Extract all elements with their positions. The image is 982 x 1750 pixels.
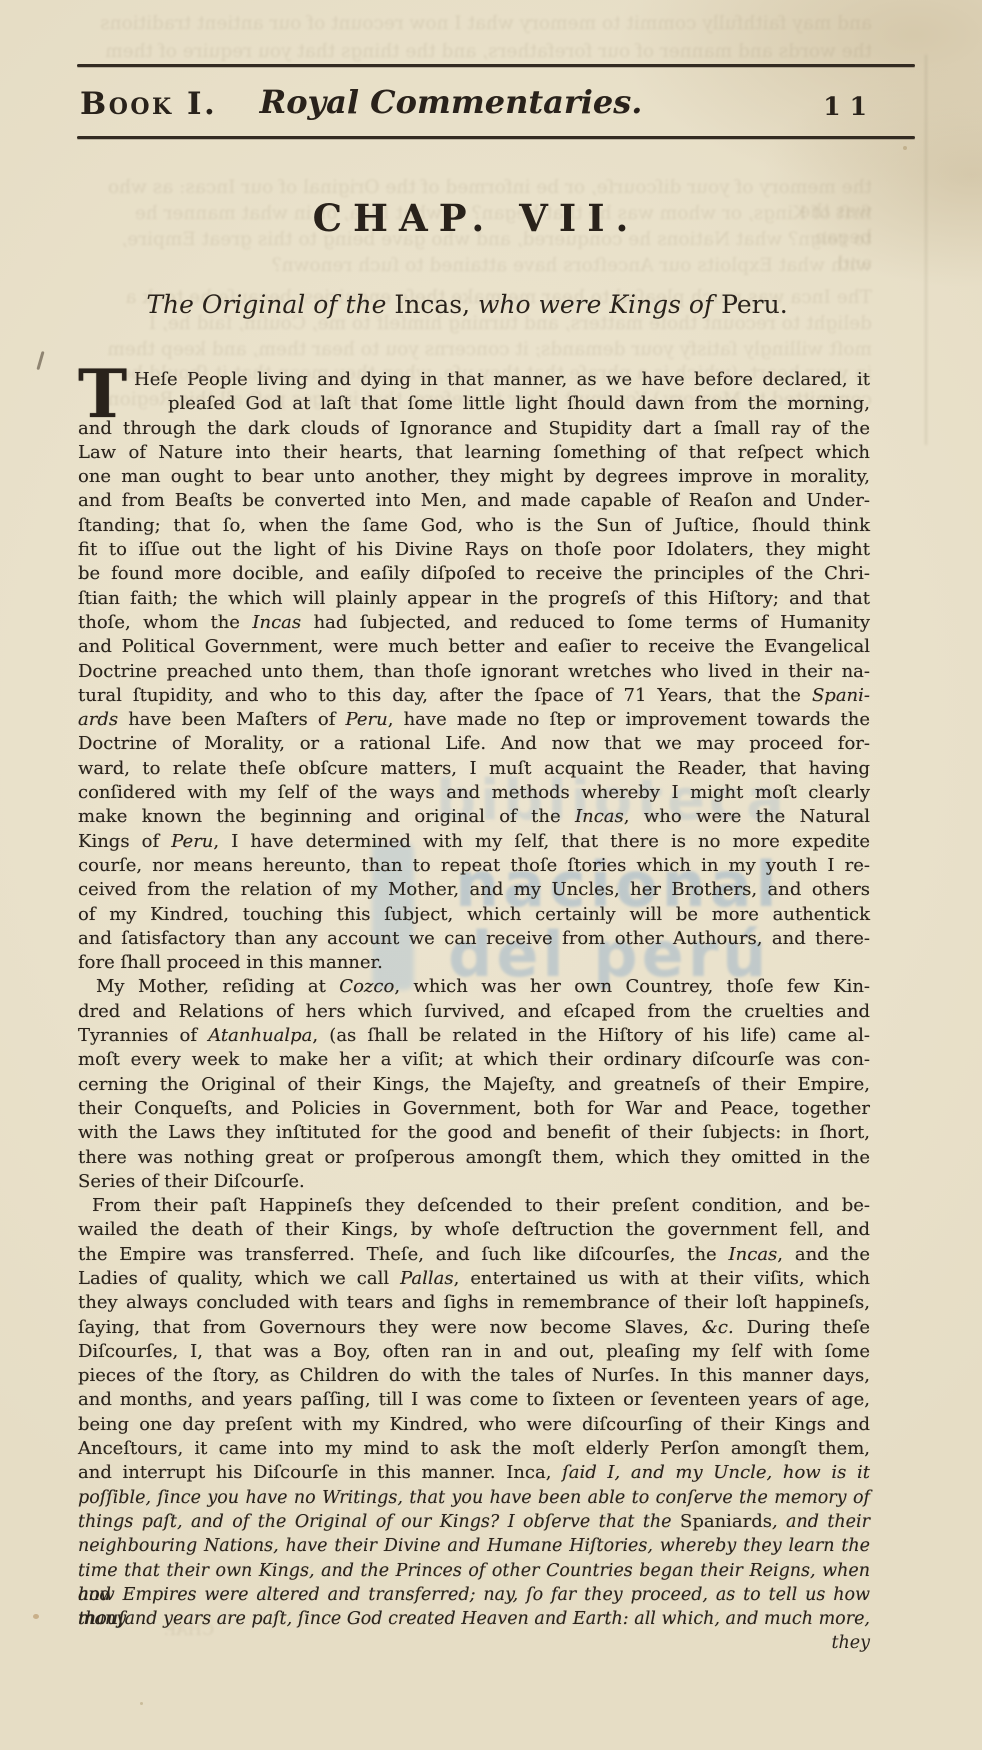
text-segment: dred and Relations of hers which ſurvive… xyxy=(78,1001,870,1022)
body-line: poſſible, ſince you have no Writings, th… xyxy=(78,1486,870,1510)
text-segment: with the Laws they inſtituted for the go… xyxy=(78,1122,870,1143)
body-line: and through the dark clouds of Ignorance… xyxy=(78,417,870,441)
text-segment: Incas xyxy=(575,806,624,827)
text-segment: Law of Nature into their hearts, that le… xyxy=(78,442,870,463)
text-segment: neighbouring Nations, have their Divine … xyxy=(78,1536,870,1556)
text-segment: they always concluded with tears and ſig… xyxy=(78,1292,870,1313)
body-line: they always concluded with tears and ſig… xyxy=(78,1291,870,1315)
body-line: with the Laws they inſtituted for the go… xyxy=(78,1121,870,1145)
body-line: Kings of Peru, I have determined with my… xyxy=(78,830,870,854)
text-segment: their Conqueſts, and Policies in Governm… xyxy=(78,1098,870,1119)
text-segment: Ladies of quality, which we call xyxy=(78,1268,400,1289)
body-line: Tyrannies of Atanhualpa, (as ſhall be re… xyxy=(78,1024,870,1048)
body-line: Diſcourſes, I, that was a Boy, often ran… xyxy=(78,1340,870,1364)
body-line: there was nothing great or proſperous am… xyxy=(78,1146,870,1170)
body-line: Anceſtours, it came into my mind to ask … xyxy=(78,1437,870,1461)
text-segment: Spaniards xyxy=(680,1511,772,1532)
text-segment: &c. xyxy=(702,1317,734,1338)
text-segment: conſidered with my ſelf of the ways and … xyxy=(78,782,870,803)
text-segment: ards xyxy=(78,709,118,730)
text-segment: Atanhualpa xyxy=(208,1025,312,1046)
text-segment: and through the dark clouds of Ignorance… xyxy=(78,418,870,439)
subtitle-segment: The Original of the xyxy=(146,290,394,319)
paper-crease xyxy=(925,55,927,445)
text-segment: tural ſtupidity, and who to this day, af… xyxy=(78,685,812,706)
body-line: moſt every week to make her a viſit; at … xyxy=(78,1048,870,1072)
text-segment: poſſible, ſince you have no Writings, th… xyxy=(78,1488,870,1508)
text-segment: of my Kindred, touching this ſubject, wh… xyxy=(78,904,870,925)
text-segment: Incas xyxy=(252,612,301,633)
text-segment: My Mother, reſiding at xyxy=(96,976,339,997)
body-line: courſe, nor means hereunto, than to repe… xyxy=(78,854,870,878)
text-segment: Peru xyxy=(346,709,388,730)
text-segment: and Political Government, were much bett… xyxy=(78,636,870,657)
body-line: cerning the Original of their Kings, the… xyxy=(78,1073,870,1097)
body-line: Series of their Diſcourſe. xyxy=(78,1170,870,1194)
book-page-scan: and may faithfully commit to memory what… xyxy=(0,0,982,1750)
text-segment: Incas xyxy=(729,1244,778,1265)
bleedthrough-line: with what Exploits our Anceſtors have at… xyxy=(82,254,872,278)
bleedthrough-line: moſt willingly ſatisfy your demands; it … xyxy=(82,338,872,362)
text-segment: ceived from the relation of my Mother, a… xyxy=(78,879,870,900)
text-segment: one man ought to bear unto another, they… xyxy=(78,466,870,487)
text-segment: , who were the Natural xyxy=(624,806,870,827)
body-line: dred and Relations of hers which ſurvive… xyxy=(78,1000,870,1024)
text-segment: , I have determined with my ſelf, that t… xyxy=(213,831,870,852)
body-line: ſtian faith; the which will plainly appe… xyxy=(78,587,870,611)
text-segment: , have made no ſtep or improvement towar… xyxy=(388,709,870,730)
text-segment: ſaying, that from Governours they were n… xyxy=(78,1317,702,1338)
text-segment: Doctrine of Morality, or a rational Life… xyxy=(78,733,870,754)
running-title: Royal Commentaries. xyxy=(160,83,742,121)
header-rule-bottom xyxy=(77,136,915,139)
body-line: ceived from the relation of my Mother, a… xyxy=(78,878,870,902)
text-segment: Anceſtours, it came into my mind to ask … xyxy=(78,1438,870,1459)
text-segment: thoſe, whom the xyxy=(78,612,252,633)
body-line: of my Kindred, touching this ſubject, wh… xyxy=(78,903,870,927)
text-segment: wailed the death of their Kings, by whoſ… xyxy=(78,1219,870,1240)
bleedthrough-line: the words and manner of our forefathers,… xyxy=(82,40,872,64)
body-line: ſaying, that from Governours they were n… xyxy=(78,1316,870,1340)
body-line: and ſatisfactory than any account we can… xyxy=(78,927,870,951)
body-line: how Empires were altered and transferred… xyxy=(78,1583,870,1607)
text-segment: Doctrine preached unto them, than thoſe … xyxy=(78,661,870,682)
body-line: things paſt, and of the Original of our … xyxy=(78,1510,870,1534)
body-line: Ladies of quality, which we call Pallas,… xyxy=(78,1267,870,1291)
paper-speck xyxy=(903,146,907,150)
text-segment: Heſe People living and dying in that man… xyxy=(134,369,870,390)
text-segment: courſe, nor means hereunto, than to repe… xyxy=(78,855,870,876)
text-segment: Tyrannies of xyxy=(78,1025,208,1046)
body-line: time that their own Kings, and the Princ… xyxy=(78,1559,870,1583)
body-line: be found more docible, and eaſily diſpoſ… xyxy=(78,562,870,586)
text-segment: Spani- xyxy=(812,685,870,706)
text-segment: Cozco xyxy=(339,976,394,997)
chapter-subtitle: The Original of the Incas, who were King… xyxy=(0,290,934,319)
body-line: one man ought to bear unto another, they… xyxy=(78,465,870,489)
text-segment: fit to iſſue out the light of his Divine… xyxy=(78,539,870,560)
body-line: neighbouring Nations, have their Divine … xyxy=(78,1534,870,1558)
text-segment: there was nothing great or proſperous am… xyxy=(78,1147,870,1168)
chapter-heading: CHAP. VII. xyxy=(0,196,952,240)
text-segment: , and the xyxy=(777,1244,870,1265)
bleedthrough-line: and may faithfully commit to memory what… xyxy=(82,12,872,36)
body-line: fit to iſſue out the light of his Divine… xyxy=(78,538,870,562)
text-segment: and ſatisfactory than any account we can… xyxy=(78,928,870,949)
body-line: Heſe People living and dying in that man… xyxy=(78,368,870,392)
text-segment: had ſubjected, and reduced to ſome terms… xyxy=(301,612,870,633)
body-line: being one day preſent with my Kindred, w… xyxy=(78,1413,870,1437)
text-segment: being one day preſent with my Kindred, w… xyxy=(78,1414,870,1435)
text-segment: thouſand years are paſt, ſince God creat… xyxy=(78,1609,870,1629)
text-segment: pieces of the ſtory, as Children do with… xyxy=(78,1365,870,1386)
body-line: My Mother, reſiding at Cozco, which was … xyxy=(78,975,870,999)
body-line: and Political Government, were much bett… xyxy=(78,635,870,659)
text-segment: things paſt, and of the Original of our … xyxy=(78,1512,680,1532)
body-line: the Empire was transferred. Theſe, and ſ… xyxy=(78,1243,870,1267)
text-segment: Diſcourſes, I, that was a Boy, often ran… xyxy=(78,1341,870,1362)
body-line: ward, to relate theſe obſcure matters, I… xyxy=(78,757,870,781)
page-number: 11 xyxy=(823,92,876,121)
body-text: T Heſe People living and dying in that m… xyxy=(78,368,870,1656)
body-line: pleaſed God at laſt that ſome little lig… xyxy=(78,392,870,416)
body-line: ards have been Maſters of Peru, have mad… xyxy=(78,708,870,732)
body-line: fore ſhall proceed in this manner. xyxy=(78,951,870,975)
text-segment: From their paſt Happineſs they deſcended… xyxy=(92,1195,870,1216)
body-line: their Conqueſts, and Policies in Governm… xyxy=(78,1097,870,1121)
text-segment: Peru xyxy=(171,831,213,852)
text-segment: be found more docible, and eaſily diſpoſ… xyxy=(78,563,870,584)
body-line: Law of Nature into their hearts, that le… xyxy=(78,441,870,465)
body-line: ſtanding; that ſo, when the ſame God, wh… xyxy=(78,514,870,538)
text-segment: , (as ſhall be related in the Hiſtory of… xyxy=(312,1025,870,1046)
text-segment: ward, to relate theſe obſcure matters, I… xyxy=(78,758,870,779)
paper-speck xyxy=(140,1702,143,1705)
text-segment: pleaſed God at laſt that ſome little lig… xyxy=(168,393,870,414)
body-line: and months, and years paſſing, till I wa… xyxy=(78,1388,870,1412)
text-segment: ſaid I, and my Uncle, how is it xyxy=(562,1462,870,1483)
catchword: they xyxy=(78,1631,870,1655)
body-line: From their paſt Happineſs they deſcended… xyxy=(78,1194,870,1218)
body-line: Doctrine preached unto them, than thoſe … xyxy=(78,660,870,684)
text-segment: and from Beaſts be converted into Men, a… xyxy=(78,490,870,511)
text-segment: have been Maſters of xyxy=(118,709,345,730)
text-segment: Pallas xyxy=(400,1268,454,1289)
text-segment: During theſe xyxy=(734,1317,870,1338)
text-segment: cerning the Original of their Kings, the… xyxy=(78,1074,870,1095)
text-segment: , which was her own Countrey, thoſe few … xyxy=(394,976,870,997)
body-line: thouſand years are paſt, ſince God creat… xyxy=(78,1607,870,1631)
body-line: wailed the death of their Kings, by whoſ… xyxy=(78,1218,870,1242)
text-segment: Kings of xyxy=(78,831,171,852)
body-line: thoſe, whom the Incas had ſubjected, and… xyxy=(78,611,870,635)
text-segment: ſtanding; that ſo, when the ſame God, wh… xyxy=(78,515,870,536)
text-segment: fore ſhall proceed in this manner. xyxy=(78,952,383,973)
text-segment: , and their xyxy=(772,1512,870,1532)
pen-mark xyxy=(36,351,44,370)
text-segment: ſtian faith; the which will plainly appe… xyxy=(78,588,870,609)
body-line: Doctrine of Morality, or a rational Life… xyxy=(78,732,870,756)
text-segment: and interrupt his Diſcourſe in this mann… xyxy=(78,1462,562,1483)
text-segment: make known the beginning and original of… xyxy=(78,806,575,827)
header-rule-top xyxy=(77,64,915,67)
text-segment: moſt every week to make her a viſit; at … xyxy=(78,1049,870,1070)
text-segment: the Empire was transferred. Theſe, and ſ… xyxy=(78,1244,729,1265)
body-line: and interrupt his Diſcourſe in this mann… xyxy=(78,1461,870,1485)
subtitle-segment: who were Kings of xyxy=(478,290,721,319)
body-line: tural ſtupidity, and who to this day, af… xyxy=(78,684,870,708)
subtitle-segment: Peru. xyxy=(721,290,788,319)
body-line: conſidered with my ſelf of the ways and … xyxy=(78,781,870,805)
body-line: pieces of the ſtory, as Children do with… xyxy=(78,1364,870,1388)
body-line: make known the beginning and original of… xyxy=(78,805,870,829)
paper-speck xyxy=(33,1614,39,1619)
text-segment: Series of their Diſcourſe. xyxy=(78,1171,305,1192)
text-segment: and months, and years paſſing, till I wa… xyxy=(78,1389,870,1410)
body-line: and from Beaſts be converted into Men, a… xyxy=(78,489,870,513)
text-segment: , entertained us with at their viſits, w… xyxy=(454,1268,870,1289)
subtitle-segment: Incas, xyxy=(394,290,478,319)
